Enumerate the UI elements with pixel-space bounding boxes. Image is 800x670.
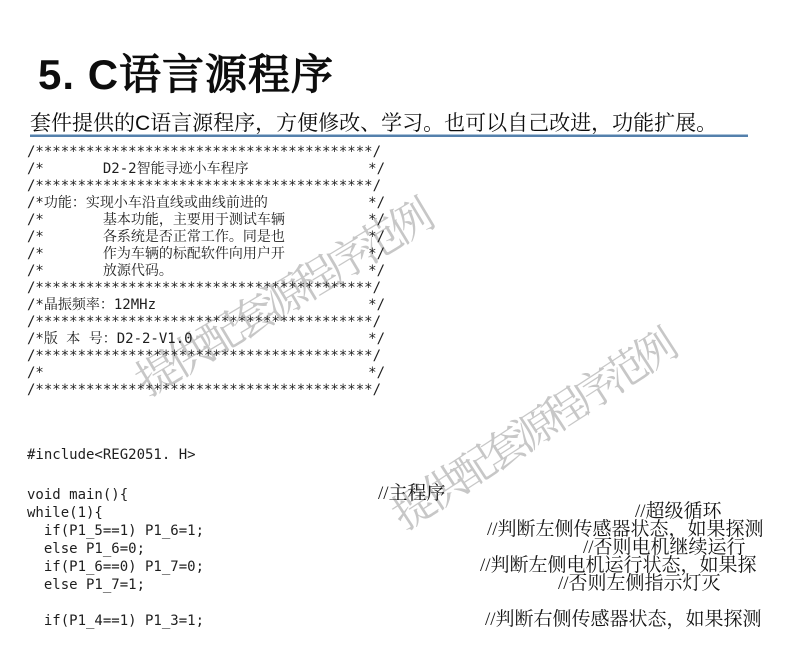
ascii-border-line: /***************************************… (27, 348, 385, 365)
ascii-text-line: /* 放源代码。*/ (27, 263, 385, 280)
ascii-line-text: /*功能：实现小车沿直线或曲线前进的 (27, 195, 268, 211)
ascii-line-end: */ (368, 195, 385, 212)
ascii-line-text: /* 作为车辆的标配软件向用户开 (27, 246, 285, 262)
ascii-border-line: /***************************************… (27, 314, 385, 331)
code-text: else P1_6=0; (27, 540, 145, 558)
include-line: #include<REG2051. H> (27, 446, 196, 464)
ascii-line-text: /*版 本 号：D2-2-V1.0 (27, 331, 193, 347)
ascii-text-line: /**/ (27, 365, 385, 382)
code-text: else P1_7=1; (27, 576, 145, 594)
ascii-border-line: /***************************************… (27, 280, 385, 297)
ascii-line-end: */ (368, 263, 385, 280)
ascii-line-text: /* 放源代码。 (27, 263, 173, 279)
ascii-line-text: /* (27, 365, 44, 381)
ascii-line-end: */ (368, 161, 385, 178)
ascii-text-line: /* 作为车辆的标配软件向用户开*/ (27, 246, 385, 263)
code-text: if(P1_5==1) P1_6=1; (27, 522, 204, 540)
document-page: 提供配套源程序范例 提供配套源程序范例 5. C语言源程序 套件提供的C语言源程… (0, 0, 800, 670)
code-text: if(P1_4==1) P1_3=1; (27, 612, 204, 630)
ascii-text-line: /*晶振频率：12MHz*/ (27, 297, 385, 314)
ascii-text-line: /* 各系统是否正常工作。同是也*/ (27, 229, 385, 246)
ascii-line-end: */ (368, 331, 385, 348)
code-comment: //主程序 (378, 484, 446, 504)
ascii-line-end: */ (368, 229, 385, 246)
code-block: /***************************************… (27, 144, 797, 670)
ascii-text-line: /*版 本 号：D2-2-V1.0*/ (27, 331, 385, 348)
code-line: else P1_7=1;//否则左侧指示灯灭 (27, 576, 797, 594)
main-code-block: void main(){//主程序while(1){//超级循环 if(P1_5… (27, 486, 797, 630)
ascii-text-line: /*功能：实现小车沿直线或曲线前进的*/ (27, 195, 385, 212)
ascii-line-text: /*晶振频率：12MHz (27, 297, 156, 313)
ascii-border-line: /***************************************… (27, 144, 385, 161)
ascii-border-line: /***************************************… (27, 382, 385, 399)
page-title: 5. C语言源程序 (38, 42, 334, 102)
code-text: while(1){ (27, 504, 103, 522)
code-line: if(P1_4==1) P1_3=1;//判断右侧传感器状态，如果探测 (27, 612, 797, 630)
ascii-art-block: /***************************************… (27, 144, 385, 399)
ascii-line-text: /* D2-2智能寻迹小车程序 (27, 161, 249, 177)
section-divider (30, 134, 748, 137)
code-comment: //否则左侧指示灯灭 (558, 574, 721, 594)
ascii-text-line: /* 基本功能，主要用于测试车辆*/ (27, 212, 385, 229)
code-text: if(P1_6==0) P1_7=0; (27, 558, 204, 576)
intro-text: 套件提供的C语言源程序，方便修改、学习。也可以自己改进，功能扩展。 (30, 107, 717, 137)
ascii-line-end: */ (368, 365, 385, 382)
ascii-line-text: /* 各系统是否正常工作。同是也 (27, 229, 285, 245)
ascii-border-line: /***************************************… (27, 178, 385, 195)
code-comment: //判断右侧传感器状态，如果探测 (485, 610, 762, 630)
ascii-line-end: */ (368, 297, 385, 314)
ascii-line-end: */ (368, 246, 385, 263)
ascii-line-end: */ (368, 212, 385, 229)
ascii-line-text: /* 基本功能，主要用于测试车辆 (27, 212, 285, 228)
ascii-text-line: /* D2-2智能寻迹小车程序*/ (27, 161, 385, 178)
code-text: void main(){ (27, 486, 128, 504)
